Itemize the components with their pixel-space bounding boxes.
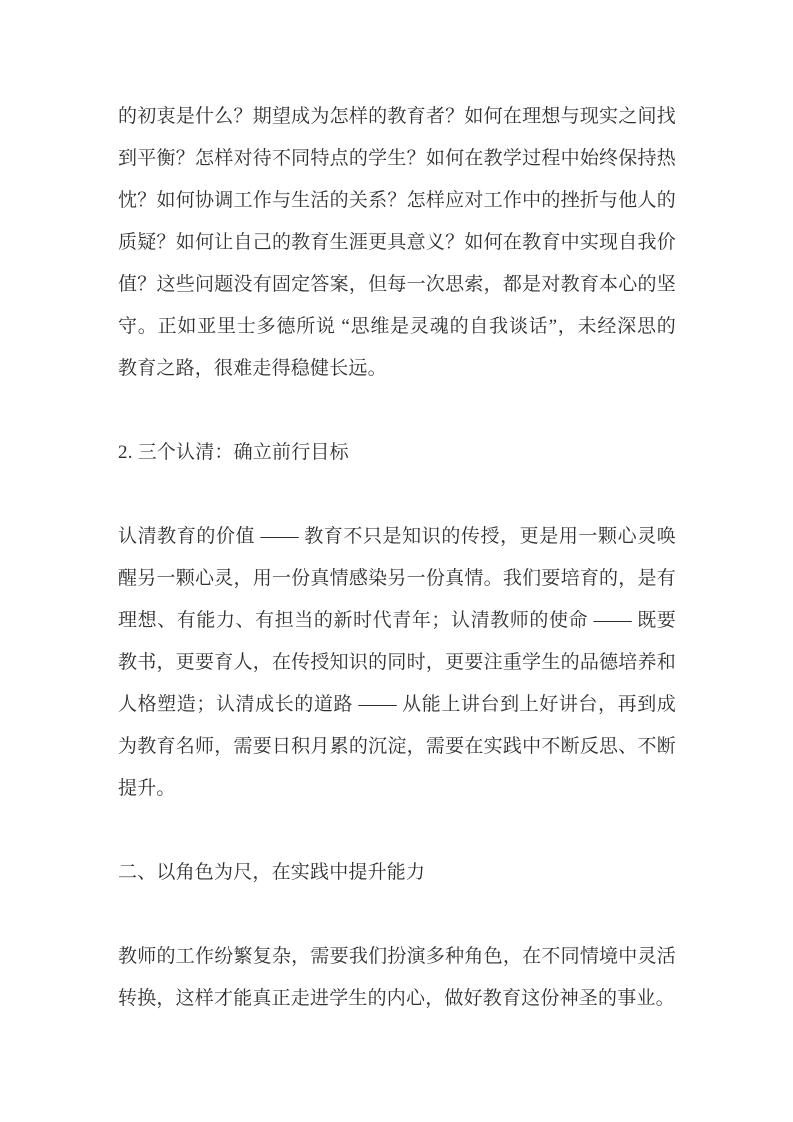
document-content: 的初衷是什么？期望成为怎样的教育者？如何在理想与现实之间找到平衡？怎样对待不同特… [118, 96, 676, 1020]
heading-section-two-roles: 二、以角色为尺，在实践中提升能力 [118, 852, 676, 894]
document-page: 的初衷是什么？期望成为怎样的教育者？如何在理想与现实之间找到平衡？怎样对待不同特… [0, 0, 793, 1122]
paragraph-reflection-questions: 的初衷是什么？期望成为怎样的教育者？如何在理想与现实之间找到平衡？怎样对待不同特… [118, 96, 676, 390]
paragraph-three-recognitions-detail: 认清教育的价值 —— 教育不只是知识的传授，更是用一颗心灵唤醒另一颗心灵，用一份… [118, 516, 676, 810]
heading-three-recognitions: 2. 三个认清：确立前行目标 [118, 432, 676, 474]
paragraph-teacher-roles: 教师的工作纷繁复杂，需要我们扮演多种角色，在不同情境中灵活转换，这样才能真正走进… [118, 936, 676, 1020]
